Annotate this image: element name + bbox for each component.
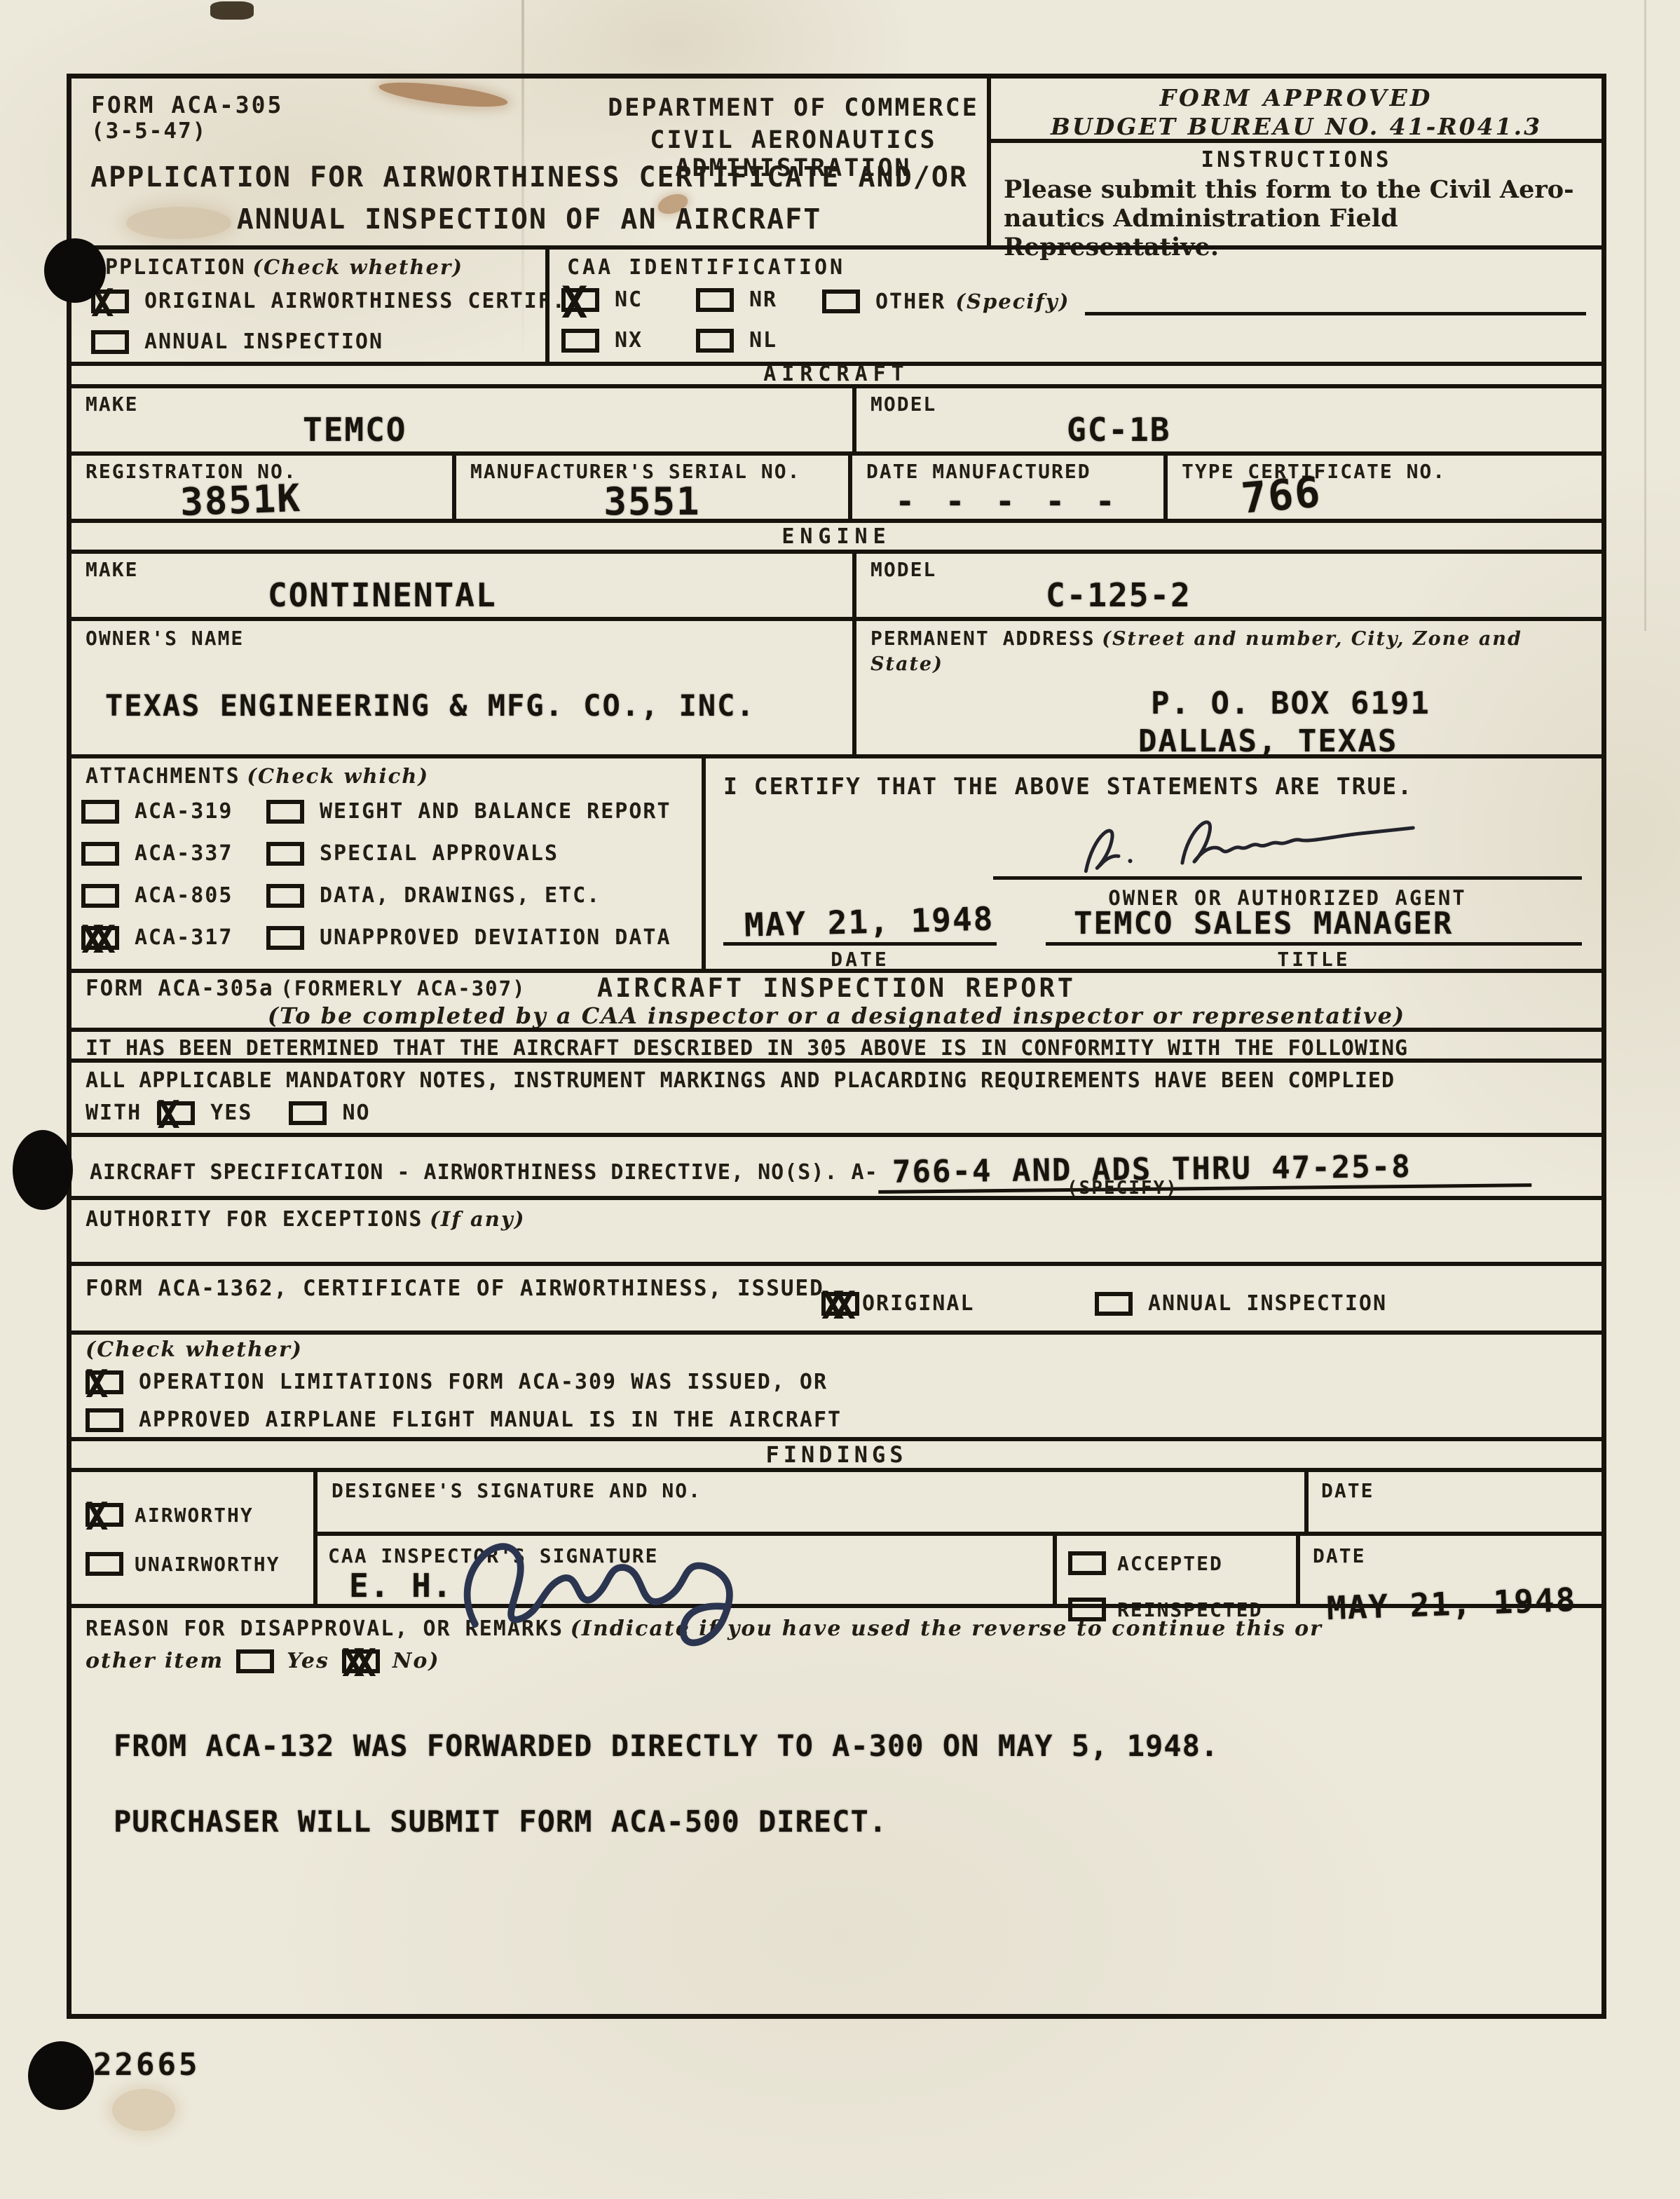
serial-stamp: 22665 (93, 2047, 200, 2083)
form-revision: (3-5-47) (91, 118, 283, 144)
checkbox-annual-inspection[interactable] (91, 330, 129, 354)
designee-signature-label: DESIGNEE'S SIGNATURE AND NO. (332, 1479, 702, 1502)
registration-cell: REGISTRATION NO. 3851K (71, 456, 452, 519)
issued-original-label: ORIGINAL (862, 1291, 975, 1316)
accepted-cell: ACCEPTED REINSPECTED (1053, 1536, 1296, 1604)
nr-label: NR (749, 287, 777, 312)
instructions-line1: Please submit this form to the Civil Aer… (1004, 175, 1602, 204)
spec-value-field[interactable]: 766-4 AND ADS THRU 47-25-8 (877, 1148, 1531, 1194)
remarks-typed-note-1: FROM ACA-132 WAS FORWARDED DIRECTLY TO A… (114, 1729, 1219, 1763)
budget-bureau-box: FORM APPROVED BUDGET BUREAU NO. 41-R041.… (991, 79, 1602, 143)
certify-title-label: TITLE (1046, 948, 1582, 971)
aircraft-section-band: AIRCRAFT (71, 362, 1602, 384)
aca-337-label: ACA-337 (135, 841, 233, 866)
checkbox-aca-805[interactable] (81, 884, 119, 908)
caa-identification-label: CAA IDENTIFICATION (567, 255, 845, 280)
serial-value[interactable]: 3551 (456, 479, 848, 524)
complied-no-label: NO (342, 1101, 370, 1125)
owner-name-value[interactable]: TEXAS ENGINEERING & MFG. CO., INC. (105, 688, 756, 723)
aircraft-registration-row: REGISTRATION NO. 3851K MANUFACTURER'S SE… (71, 451, 1602, 519)
checkbox-aca-319[interactable] (81, 800, 119, 824)
certify-title-value[interactable]: TEMCO SALES MANAGER (1074, 906, 1453, 941)
owner-signature-line[interactable] (993, 876, 1582, 880)
form-title-line2: ANNUAL INSPECTION OF AN AIRCRAFT (71, 203, 987, 236)
aircraft-make-cell: MAKE TEMCO (71, 388, 852, 451)
address-note2: State) (870, 653, 943, 675)
address-note1: (Street and number, City, Zone and (1102, 628, 1522, 650)
check-mark: XX (81, 918, 104, 962)
checkbox-complied-yes[interactable]: X (157, 1101, 195, 1125)
certify-title-line (1046, 942, 1582, 946)
engine-model-label: MODEL (870, 558, 936, 581)
engine-make-row: MAKE CONTINENTAL MODEL C-125-2 (71, 550, 1602, 617)
aircraft-model-value[interactable]: GC-1B (1067, 411, 1170, 449)
other-note: (Specify) (955, 290, 1070, 313)
inspection-report-subheading: (To be completed by a CAA inspector or a… (71, 1002, 1602, 1029)
designee-date-label: DATE (1321, 1479, 1374, 1502)
checkbox-operation-limitations[interactable]: X (86, 1370, 123, 1394)
checkbox-aca-337[interactable] (81, 842, 119, 866)
header-right-cell: FORM APPROVED BUDGET BUREAU NO. 41-R041.… (987, 79, 1602, 245)
authority-row: AUTHORITY FOR EXCEPTIONS (If any) (71, 1196, 1602, 1262)
mandatory-with-label: WITH (86, 1101, 142, 1125)
checkbox-data-drawings[interactable] (266, 884, 304, 908)
weight-balance-label: WEIGHT AND BALANCE REPORT (320, 799, 671, 824)
checkbox-weight-balance[interactable] (266, 800, 304, 824)
unapproved-deviation-label: UNAPPROVED DEVIATION DATA (320, 925, 671, 950)
nc-label: NC (615, 287, 643, 312)
findings-section-title: FINDINGS (71, 1441, 1602, 1468)
type-certificate-cell: TYPE CERTIFICATE NO. 766 (1163, 456, 1602, 519)
aca-1362-row: FORM ACA-1362, CERTIFICATE OF AIRWORTHIN… (71, 1262, 1602, 1330)
serial-cell: MANUFACTURER'S SERIAL NO. 3551 (452, 456, 848, 519)
data-drawings-label: DATA, DRAWINGS, ETC. (320, 883, 601, 908)
checkbox-airworthy[interactable]: X (86, 1503, 123, 1527)
punch-hole (28, 2041, 94, 2110)
inspection-date-cell[interactable]: DATE MAY 21, 1948 (1296, 1536, 1602, 1604)
mandatory-notes-row: ALL APPLICABLE MANDATORY NOTES, INSTRUME… (71, 1058, 1602, 1133)
checkbox-issued-original[interactable]: XX (821, 1292, 859, 1316)
caa-identification-cell: CAA IDENTIFICATION X NC NR OTHER (Specif… (545, 250, 1602, 362)
check-mark: X (86, 1495, 97, 1539)
aca-319-label: ACA-319 (135, 799, 233, 824)
engine-make-value[interactable]: CONTINENTAL (268, 576, 497, 614)
inspector-subrow: CAA INSPECTOR'S SIGNATURE E. H. ACCEPTED (317, 1536, 1602, 1604)
aca-1362-label: FORM ACA-1362, CERTIFICATE OF AIRWORTHIN… (86, 1276, 824, 1301)
remarks-row: REASON FOR DISAPPROVAL, OR REMARKS (Indi… (71, 1604, 1602, 2014)
aca-305-form: FORM ACA-305 (3-5-47) DEPARTMENT OF COMM… (67, 74, 1606, 2019)
operation-limitations-row: (Check whether) X OPERATION LIMITATIONS … (71, 1330, 1602, 1437)
inspection-date-label: DATE (1313, 1544, 1365, 1567)
checkbox-flight-manual[interactable] (86, 1408, 123, 1432)
attachments-row: ATTACHMENTS (Check which) ACA-319 ACA-33… (71, 754, 1602, 969)
engine-section-title: ENGINE (71, 524, 1602, 549)
address-line1[interactable]: P. O. BOX 6191 (1151, 686, 1430, 721)
attachments-cell: ATTACHMENTS (Check which) ACA-319 ACA-33… (71, 758, 702, 969)
designee-date-cell[interactable]: DATE (1304, 1472, 1602, 1532)
engine-make-cell: MAKE CONTINENTAL (71, 554, 852, 617)
rust-stain (210, 1, 254, 20)
operation-limitations-label: OPERATION LIMITATIONS FORM ACA-309 WAS I… (139, 1370, 828, 1394)
agency-line1: DEPARTMENT OF COMMERCE (548, 94, 1039, 122)
type-certificate-value[interactable]: 766 (1239, 468, 1323, 524)
accepted-label: ACCEPTED (1117, 1552, 1223, 1575)
check-mark: X (157, 1093, 169, 1137)
findings-right: DESIGNEE'S SIGNATURE AND NO. DATE CAA IN… (313, 1472, 1602, 1604)
check-mark: X (561, 277, 576, 328)
application-label-note: (Check whether) (252, 255, 463, 279)
other-label: OTHER (875, 290, 945, 314)
date-manufactured-value[interactable]: - - - - - (852, 482, 1163, 520)
checkbox-special-approvals[interactable] (266, 842, 304, 866)
checkbox-nc[interactable]: X (561, 288, 599, 312)
owner-name-label: OWNER'S NAME (86, 627, 244, 650)
address-label: PERMANENT ADDRESS (870, 627, 1095, 650)
engine-section-band: ENGINE (71, 519, 1602, 550)
checkbox-nl[interactable] (696, 329, 734, 353)
issued-annual-label: ANNUAL INSPECTION (1148, 1291, 1387, 1316)
header-left-cell: FORM ACA-305 (3-5-47) DEPARTMENT OF COMM… (71, 79, 987, 245)
date-manufactured-label: DATE MANUFACTURED (866, 460, 1091, 483)
flight-manual-label: APPROVED AIRPLANE FLIGHT MANUAL IS IN TH… (139, 1408, 842, 1432)
owner-address-cell: PERMANENT ADDRESS (Street and number, Ci… (852, 621, 1602, 754)
checkbox-remarks-yes[interactable] (236, 1649, 274, 1673)
findings-table: X AIRWORTHY UNAIRWORTHY DESIGNEE'S SIGNA… (71, 1468, 1602, 1604)
form-approved-line: FORM APPROVED (991, 84, 1602, 111)
paper-edge-crease (1644, 0, 1646, 631)
instructions-title: INSTRUCTIONS (991, 147, 1602, 172)
checkbox-other[interactable] (822, 290, 860, 313)
attachments-label-note: (Check which) (247, 764, 429, 788)
engine-model-value[interactable]: C-125-2 (1046, 576, 1191, 614)
certify-date-value[interactable]: MAY 21, 1948 (744, 899, 995, 944)
application-row: APPLICATION (Check whether) X ORIGINAL A… (71, 245, 1602, 362)
scanned-form-page: FORM ACA-305 (3-5-47) DEPARTMENT OF COMM… (0, 0, 1680, 2199)
checkbox-aca-317[interactable]: XX (81, 926, 119, 950)
punch-hole (44, 238, 106, 303)
inspection-report-heading: AIRCRAFT INSPECTION REPORT (71, 973, 1602, 1003)
remarks-note2: other item (86, 1649, 224, 1673)
aircraft-make-row: MAKE TEMCO MODEL GC-1B (71, 384, 1602, 451)
aircraft-make-label: MAKE (86, 393, 138, 416)
airworthy-label: AIRWORTHY (135, 1504, 254, 1527)
determined-row: IT HAS BEEN DETERMINED THAT THE AIRCRAFT… (71, 1028, 1602, 1058)
certification-cell: I CERTIFY THAT THE ABOVE STATEMENTS ARE … (702, 758, 1602, 969)
complied-yes-label: YES (210, 1101, 252, 1125)
punch-hole (13, 1130, 73, 1210)
attachments-label: ATTACHMENTS (86, 764, 240, 789)
inspector-signature (420, 1501, 817, 1668)
certify-date-label: DATE (723, 948, 997, 971)
check-mark: X (86, 1362, 97, 1406)
annual-inspection-label: ANNUAL INSPECTION (144, 329, 383, 354)
engine-make-label: MAKE (86, 558, 138, 581)
remarks-yes-label: Yes (287, 1649, 329, 1673)
inspection-report-band: FORM ACA-305a (FORMERLY ACA-307) AIRCRAF… (71, 969, 1602, 1028)
special-approvals-label: SPECIAL APPROVALS (320, 841, 559, 866)
nx-label: NX (615, 328, 643, 353)
aircraft-make-value[interactable]: TEMCO (303, 411, 407, 449)
unairworthy-label: UNAIRWORTHY (135, 1553, 280, 1576)
checkbox-remarks-no[interactable]: XX (342, 1649, 380, 1673)
specification-row: AIRCRAFT SPECIFICATION - AIRWORTHINESS D… (71, 1133, 1602, 1196)
smudge-stain (112, 2089, 175, 2131)
aca-805-label: ACA-805 (135, 883, 233, 908)
aircraft-model-label: MODEL (870, 393, 936, 416)
engine-model-cell: MODEL C-125-2 (852, 554, 1602, 617)
nl-label: NL (749, 328, 777, 353)
application-label: APPLICATION (91, 255, 246, 280)
authority-note: (If any) (430, 1207, 525, 1231)
checkbox-complied-no[interactable] (289, 1101, 327, 1125)
aca-317-label: ACA-317 (135, 925, 233, 950)
form-number: FORM ACA-305 (91, 91, 283, 118)
date-manufactured-cell: DATE MANUFACTURED - - - - - (848, 456, 1163, 519)
check-mark: XX (821, 1284, 845, 1328)
determined-text: IT HAS BEEN DETERMINED THAT THE AIRCRAFT… (86, 1036, 1408, 1061)
original-airworthiness-label: ORIGINAL AIRWORTHINESS CERTIF. (144, 289, 566, 313)
other-value-field[interactable] (1085, 287, 1586, 315)
checkbox-issued-annual[interactable] (1095, 1292, 1133, 1316)
inspector-signature-cell[interactable]: CAA INSPECTOR'S SIGNATURE E. H. (317, 1536, 1053, 1604)
spec-label: AIRCRAFT SPECIFICATION - AIRWORTHINESS D… (90, 1160, 878, 1185)
budget-bureau-line: BUDGET BUREAU NO. 41-R041.3 (991, 113, 1602, 140)
application-cell: APPLICATION (Check whether) X ORIGINAL A… (71, 250, 545, 362)
aircraft-model-cell: MODEL GC-1B (852, 388, 1602, 451)
check-whether-note: (Check whether) (86, 1337, 303, 1362)
checkbox-unapproved-deviation[interactable] (266, 926, 304, 950)
owner-row: OWNER'S NAME TEXAS ENGINEERING & MFG. CO… (71, 617, 1602, 754)
findings-band: FINDINGS (71, 1437, 1602, 1468)
instructions-box: INSTRUCTIONS Please submit this form to … (991, 143, 1602, 245)
checkbox-unairworthy[interactable] (86, 1552, 123, 1576)
owner-name-cell: OWNER'S NAME TEXAS ENGINEERING & MFG. CO… (71, 621, 852, 754)
checkbox-nx[interactable] (561, 329, 599, 353)
authority-label: AUTHORITY FOR EXCEPTIONS (86, 1207, 423, 1232)
check-mark: XX (342, 1641, 365, 1685)
header-row: FORM ACA-305 (3-5-47) DEPARTMENT OF COMM… (71, 79, 1602, 245)
remarks-typed-note-2: PURCHASER WILL SUBMIT FORM ACA-500 DIREC… (114, 1804, 887, 1839)
aircraft-section-title: AIRCRAFT (71, 362, 1602, 386)
checkbox-accepted[interactable] (1068, 1551, 1106, 1575)
owner-signature (1033, 784, 1473, 899)
checkbox-nr[interactable] (696, 288, 734, 312)
form-title-line1: APPLICATION FOR AIRWORTHINESS CERTIFICAT… (71, 161, 987, 193)
airworthy-cell: X AIRWORTHY UNAIRWORTHY (71, 1472, 313, 1604)
mandatory-notes-text: ALL APPLICABLE MANDATORY NOTES, INSTRUME… (86, 1068, 1395, 1093)
certify-date-line (723, 942, 997, 946)
